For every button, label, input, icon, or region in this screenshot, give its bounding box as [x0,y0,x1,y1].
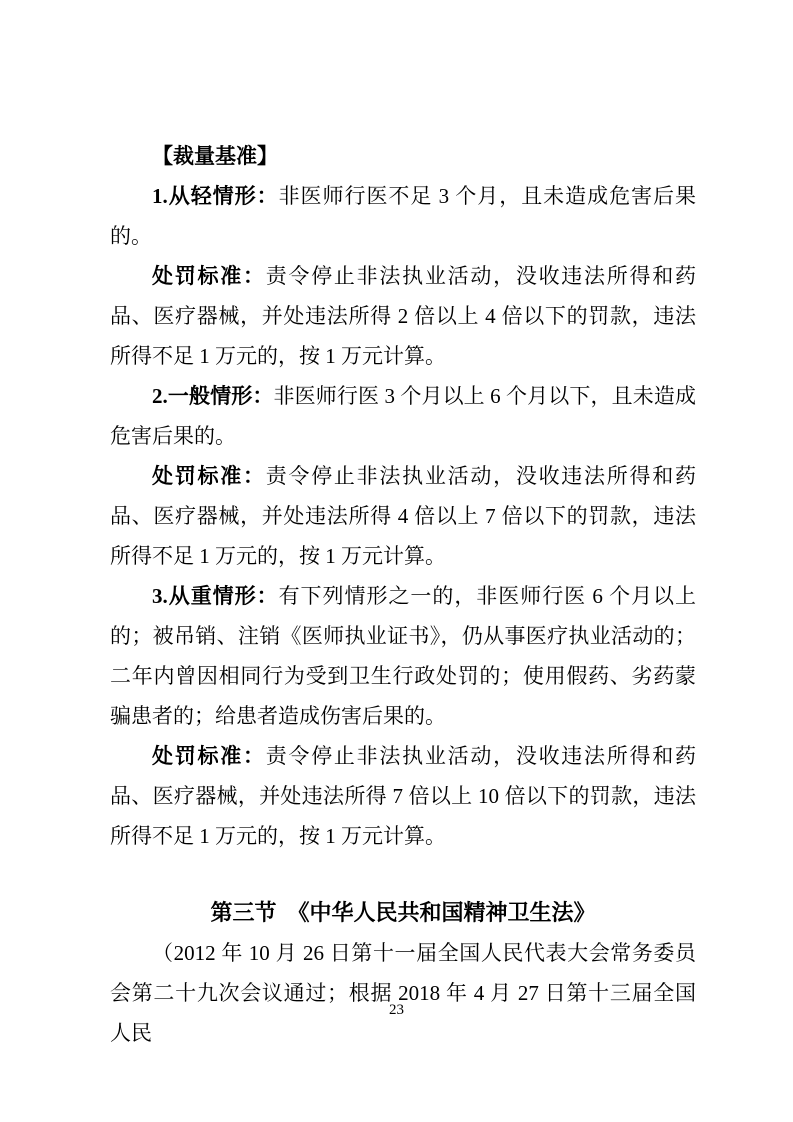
penalty-standard-label-2: 处罚标准： [152,464,266,488]
aggravated-circumstance-paragraph: 3.从重情形：有下列情形之一的，非医师行医 6 个月以上的；被吊销、注销《医师执… [110,576,696,736]
penalty-standard-paragraph-3: 处罚标准：责令停止非法执业活动，没收违法所得和药品、医疗器械，并处违法所得 7 … [110,736,696,856]
penalty-standard-label-1: 处罚标准： [152,264,266,288]
section-intro-paragraph: （2012 年 10 月 26 日第十一届全国人民代表大会常务委员会第二十九次会… [110,933,696,1053]
penalty-standard-paragraph-2: 处罚标准：责令停止非法执业活动，没收违法所得和药品、医疗器械，并处违法所得 4 … [110,456,696,576]
general-circumstance-paragraph: 2.一般情形：非医师行医 3 个月以上 6 个月以下，且未造成危害后果的。 [110,376,696,456]
page-number: 23 [0,1000,793,1020]
lenient-circumstance-label: 1.从轻情形： [152,184,279,208]
penalty-standard-paragraph-1: 处罚标准：责令停止非法执业活动，没收违法所得和药品、医疗器械，并处违法所得 2 … [110,256,696,376]
document-content: 【裁量基准】 1.从轻情形：非医师行医不足 3 个月，且未造成危害后果的。 处罚… [110,136,696,1053]
lenient-circumstance-paragraph: 1.从轻情形：非医师行医不足 3 个月，且未造成危害后果的。 [110,176,696,256]
section-title: 第三节 《中华人民共和国精神卫生法》 [110,893,696,933]
general-circumstance-label: 2.一般情形： [152,384,273,408]
benchmark-heading: 【裁量基准】 [110,136,696,176]
document-page: 【裁量基准】 1.从轻情形：非医师行医不足 3 个月，且未造成危害后果的。 处罚… [0,0,793,1122]
penalty-standard-label-3: 处罚标准： [152,744,266,768]
aggravated-circumstance-label: 3.从重情形： [152,584,279,608]
